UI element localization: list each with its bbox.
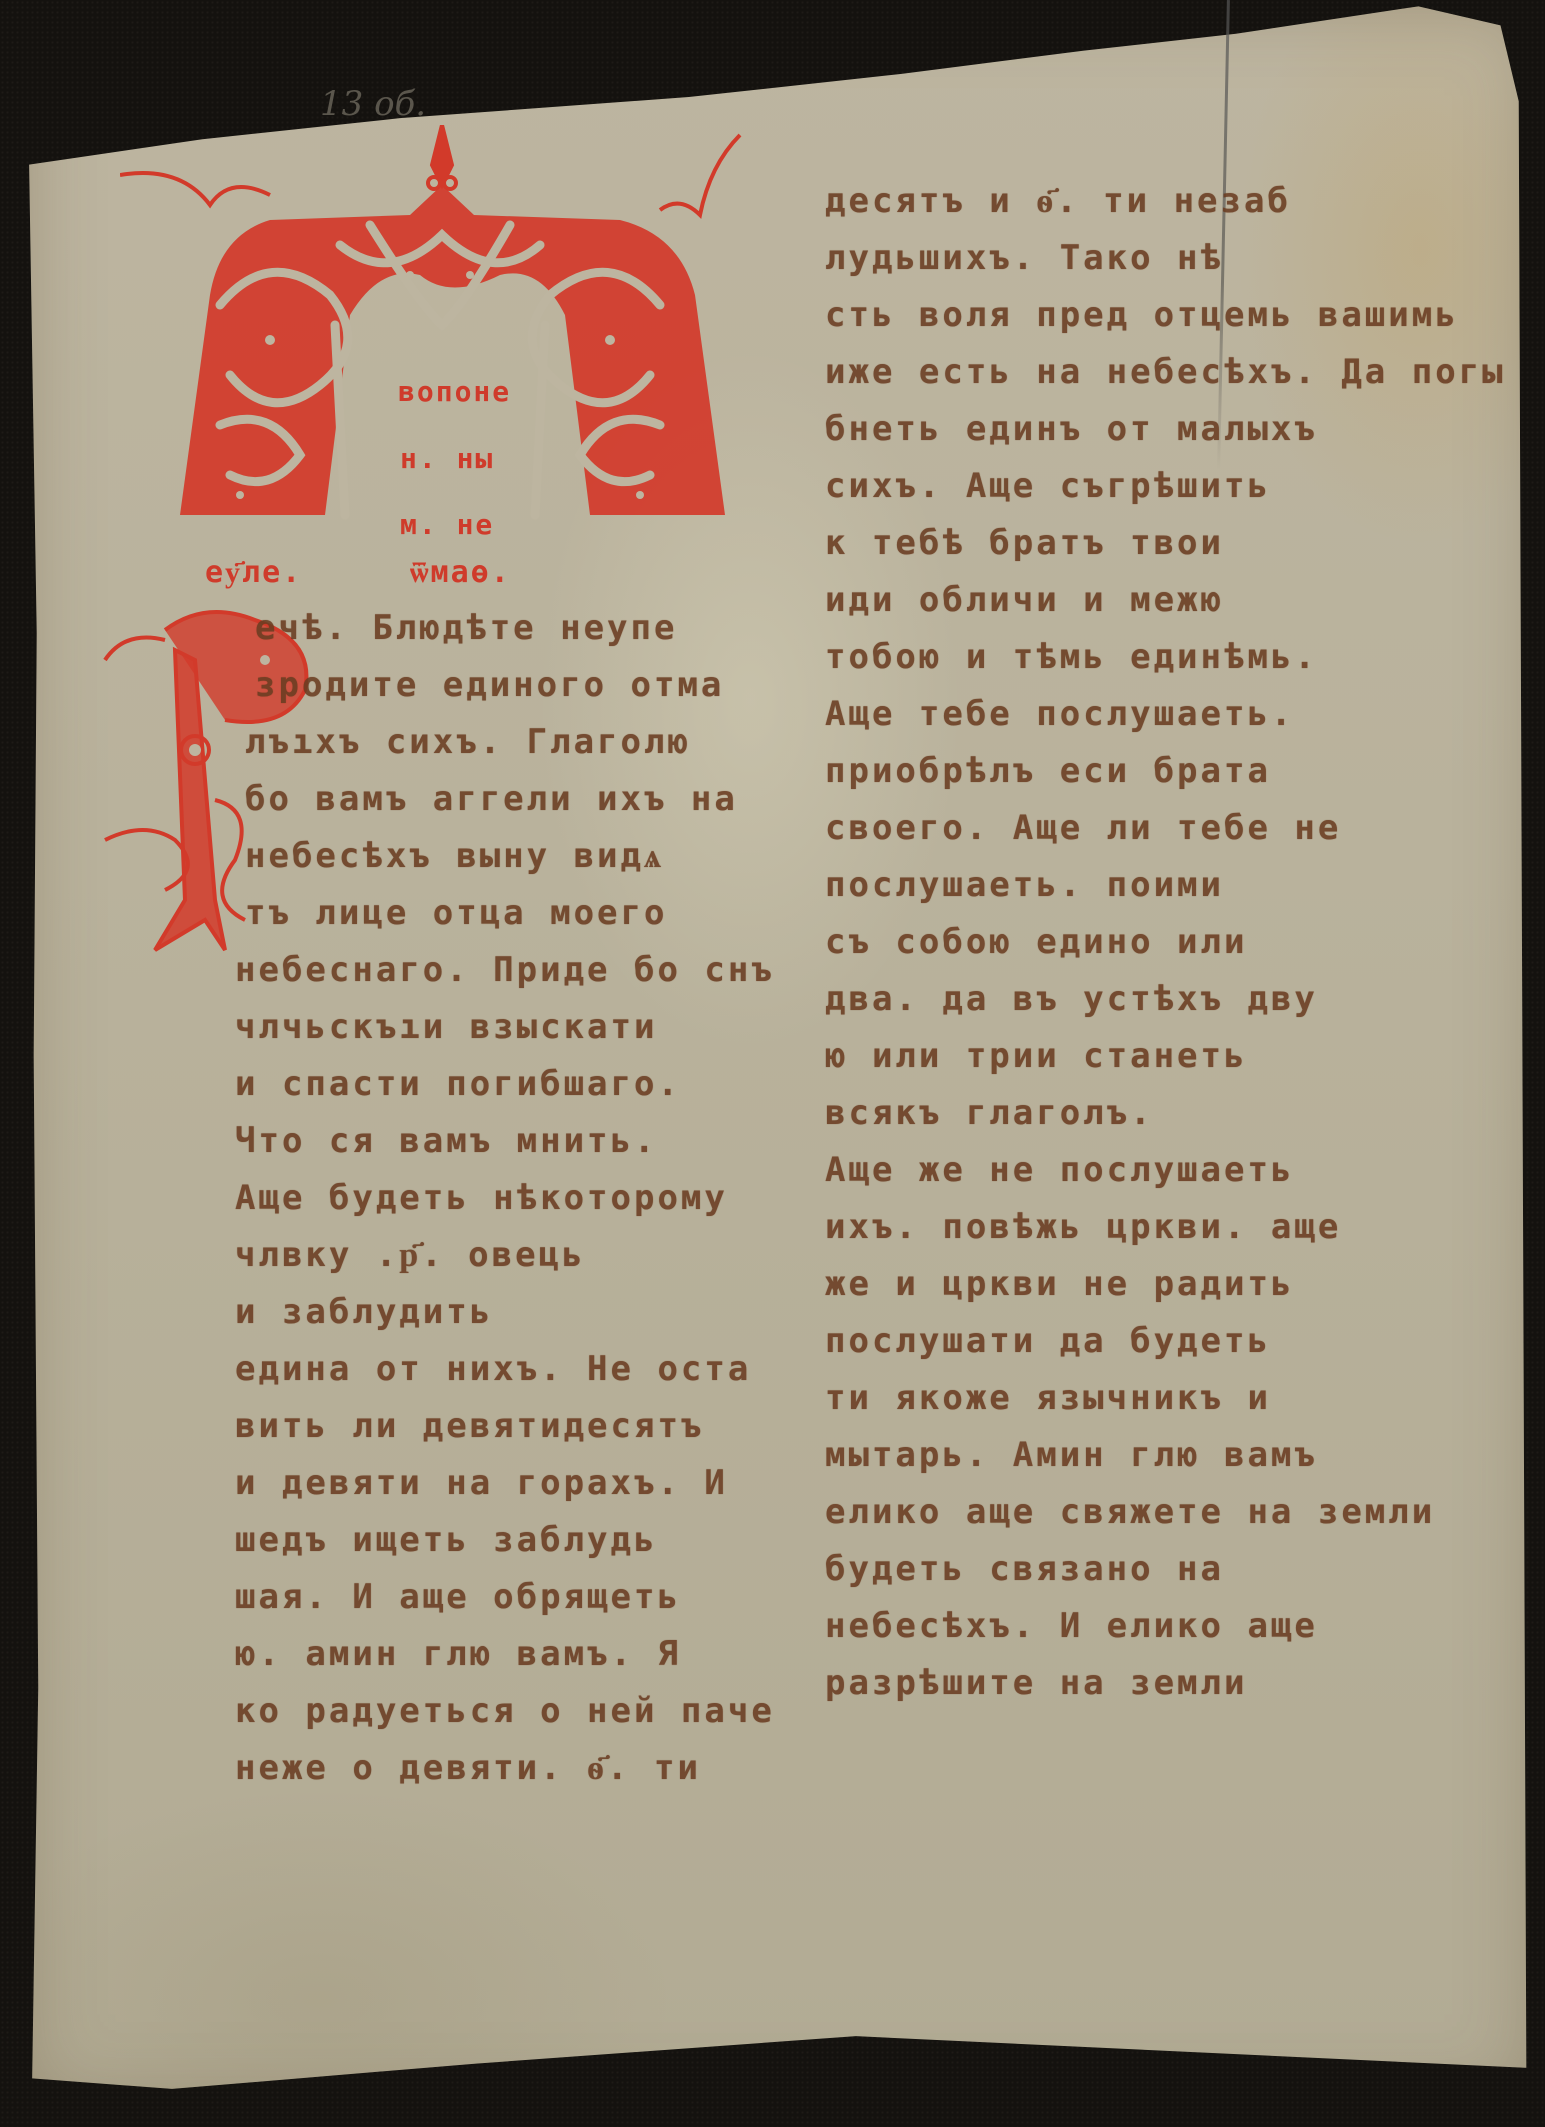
text-line: небесѣхъ. И елико аще <box>825 1598 1506 1655</box>
text-line: бнеть единъ от малыхъ <box>825 401 1506 458</box>
text-line: съ собою едино или <box>825 914 1506 971</box>
headpiece-rubric-line-1: вопоне <box>398 375 511 408</box>
ornamental-headpiece-icon <box>120 125 760 545</box>
text-line: члчьскъıи взыскати <box>235 999 775 1056</box>
text-line: ти якоже язычникъ и <box>825 1370 1506 1427</box>
text-line: ю или трии станеть <box>825 1028 1506 1085</box>
text-line: лъıхъ сихъ. Глаголю <box>235 714 775 771</box>
text-line: послушати да будеть <box>825 1313 1506 1370</box>
text-line: Что ся вамъ мнить. <box>235 1113 775 1170</box>
text-line: шедъ ищеть заблудь <box>235 1512 775 1569</box>
text-line: десятъ и ѳ҃. ти незаб <box>825 173 1506 230</box>
text-line: послушаеть. поими <box>825 857 1506 914</box>
text-line: приобрѣлъ еси брата <box>825 743 1506 800</box>
text-line: два. да въ устѣхъ дву <box>825 971 1506 1028</box>
text-line: тъ лице отца моего <box>235 885 775 942</box>
text-column-right: десятъ и ѳ҃. ти незаб лудьшихъ. Тако нѣ … <box>825 173 1506 1712</box>
text-line: Аще же не послушаеть <box>825 1142 1506 1199</box>
text-line: иже есть на небесѣхъ. Да погы <box>825 344 1506 401</box>
gospel-title-right: ѿмаѳ. <box>410 555 511 590</box>
text-line: ю. амин глю вамъ. Я <box>235 1626 775 1683</box>
text-line: Аще будеть нѣкоторому <box>235 1170 775 1227</box>
text-line: Аще тебе послушаеть. <box>825 686 1506 743</box>
text-line: к тебѣ братъ твои <box>825 515 1506 572</box>
text-line: будеть связано на <box>825 1541 1506 1598</box>
text-line: тобою и тѣмь единѣмь. <box>825 629 1506 686</box>
text-line: всякъ глаголъ. <box>825 1085 1506 1142</box>
headpiece-rubric-line-2: н. ны <box>400 442 494 475</box>
text-line: шая. И аще обрящеть <box>235 1569 775 1626</box>
text-line: сть воля пред отцемь вашимь <box>825 287 1506 344</box>
text-line: едина от нихъ. Не оста <box>235 1341 775 1398</box>
text-line: же и цркви не радить <box>825 1256 1506 1313</box>
text-line: небеснаго. Приде бо снъ <box>235 942 775 999</box>
text-line: и девяти на горахъ. И <box>235 1455 775 1512</box>
folio-number-pencil-note: 13 об. <box>320 84 426 124</box>
text-line: ихъ. повѣжь цркви. аще <box>825 1199 1506 1256</box>
text-line: лудьшихъ. Тако нѣ <box>825 230 1506 287</box>
text-line: члвку .р҃. овець <box>235 1227 775 1284</box>
headpiece-rubric-line-3: м. не <box>400 508 494 541</box>
text-line: ко радуеться о ней паче <box>235 1683 775 1740</box>
text-line: мытарь. Амин глю вамъ <box>825 1427 1506 1484</box>
text-line: разрѣшите на земли <box>825 1655 1506 1712</box>
text-line: сихъ. Аще съгрѣшить <box>825 458 1506 515</box>
text-line: и спасти погибшаго. <box>235 1056 775 1113</box>
text-line: своего. Аще ли тебе не <box>825 800 1506 857</box>
text-line: вить ли девятидесятъ <box>235 1398 775 1455</box>
text-column-left: ечѣ. Блюдѣте неупе зродите единого отма … <box>235 600 775 1797</box>
text-line: и заблудить <box>235 1284 775 1341</box>
text-line: елико аще свяжете на земли <box>825 1484 1506 1541</box>
gospel-title-left: еу҃ле. <box>205 555 302 590</box>
text-line: зродите единого отма <box>235 657 775 714</box>
text-line: иди обличи и межю <box>825 572 1506 629</box>
text-line: неже о девяти. ѳ҃. ти <box>235 1740 775 1797</box>
text-line: ечѣ. Блюдѣте неупе <box>235 600 775 657</box>
text-line: небесѣхъ выну видѧ <box>235 828 775 885</box>
text-line: бо вамъ аггели ихъ на <box>235 771 775 828</box>
